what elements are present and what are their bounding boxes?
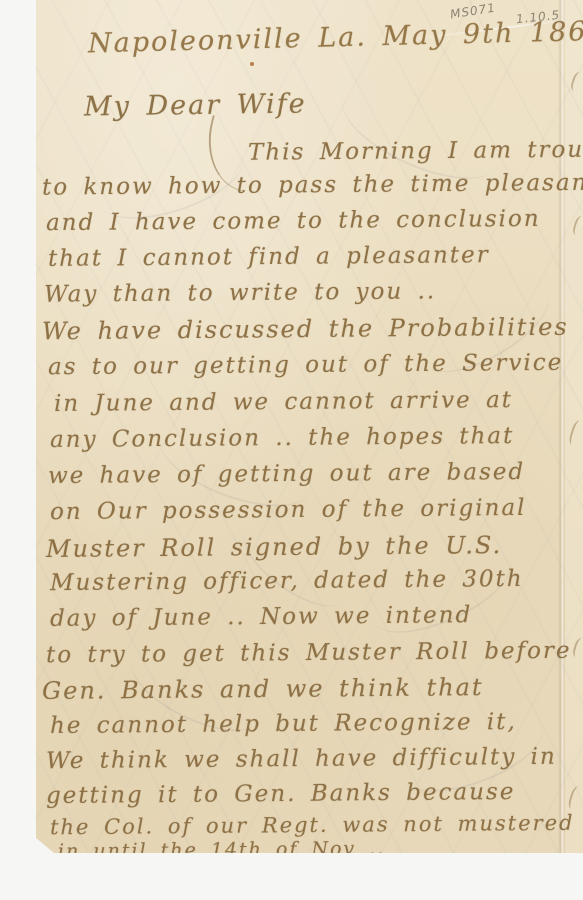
letter-line: the Col. of our Regt. was not mustered [50,811,575,840]
letter-line: any Conclusion .. the hopes that [50,423,515,453]
letter-line: he cannot help but Recognize it, [50,709,517,739]
letter-line: Way than to write to you .. [44,278,436,307]
letter-dateline: Napoleonville La. May 9th 1863 [88,16,583,60]
letter-line: in until the 14th of Nov .. [58,838,386,863]
letter-line: in June and we cannot arrive at [54,387,513,417]
letter-line: Mustering officer, dated the 30th [50,566,524,596]
letter-line: We think we shall have difficulty in [46,744,557,774]
letter-line: Gen. Banks and we think that [42,673,484,705]
scan-background: { "annotations": { "catalog_number": "MS… [0,0,583,900]
letter-salutation: My Dear Wife [84,88,307,122]
ink-fleck [250,62,254,66]
letter-line: This Morning I am troubled [248,136,583,165]
letter-line: and I have come to the conclusion [46,206,541,236]
letter-page: MS071 1.10.5 Napoleonville La. May 9th 1… [36,0,583,853]
letter-line: getting it to Gen. Banks because [46,779,516,809]
letter-line: we have of getting out are based [48,459,525,489]
letter-line: on Our possession of the original [50,495,527,525]
letter-line: to know how to pass the time pleasantly, [42,169,583,200]
letter-line: We have discussed the Probabilities [42,313,569,346]
fold-crease [558,0,565,853]
letter-line: day of June .. Now we intend [50,602,472,632]
letter-line: Muster Roll signed by the U.S. [46,531,502,563]
adjacent-page-edge [565,0,583,853]
letter-line: as to our getting out of the Service [48,350,564,380]
letter-line: that I cannot find a pleasanter [48,242,490,272]
letter-line: to try to get this Muster Roll before [46,638,572,669]
